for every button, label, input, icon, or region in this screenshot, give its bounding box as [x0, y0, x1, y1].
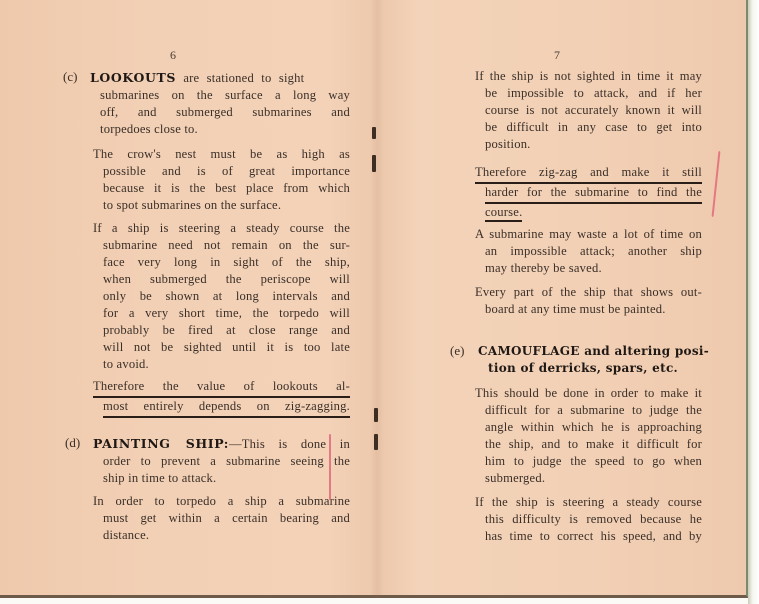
paragraph-waste-time: A submarine may waste a lot of time on a…: [475, 226, 702, 277]
section-e-camouflage: CAMOUFLAGE and altering posi- tion of de…: [478, 343, 702, 377]
paragraph-should-be-done: This should be done in order to make it …: [475, 385, 702, 487]
heading-camouflage: CAMOUFLAGE and altering posi-: [478, 343, 702, 360]
center-gutter: [370, 0, 384, 598]
paragraph-steady-course: If a ship is steering a steady course th…: [93, 220, 350, 373]
open-booklet: 6 (c) LOOKOUTS are stationed to sight su…: [0, 0, 748, 598]
heading-lookouts: LOOKOUTS: [90, 70, 176, 85]
section-label-c: (c): [63, 69, 77, 85]
cover-edge: [748, 0, 759, 604]
page-number: 7: [554, 48, 560, 63]
paragraph-not-sighted: If the ship is not sighted in time it ma…: [475, 68, 702, 153]
red-pencil-margin-mark: [712, 151, 721, 217]
section-d-painting-ship: PAINTING SHIP:—This is done in order to …: [93, 435, 350, 487]
red-pencil-margin-mark: [329, 434, 331, 500]
staple-top-lower: [372, 155, 376, 172]
section-label-d: (d): [65, 435, 80, 451]
page-number: 6: [170, 48, 176, 63]
staple-bottom-upper: [374, 408, 378, 422]
paragraph-zigzag-underlined: Therefore zig-zag and make it still hard…: [475, 164, 702, 221]
section-label-e: (e): [450, 343, 464, 359]
paragraph-steady-course-right: If the ship is steering a steady course …: [475, 494, 702, 545]
paragraph-every-part: Every part of the ship that shows out- b…: [475, 284, 702, 318]
heading-painting-ship: PAINTING SHIP:: [93, 436, 229, 451]
section-c-lookouts: LOOKOUTS are stationed to sight submarin…: [90, 69, 350, 138]
staple-bottom-lower: [374, 434, 378, 450]
paragraph-crows-nest: The crow's nest must be as high as possi…: [93, 146, 350, 214]
paragraph-lookouts-zigzag-underlined: Therefore the value of lookouts al- most…: [93, 378, 350, 418]
paragraph-torpedo-bearing: In order to torpedo a ship a submarine m…: [93, 493, 350, 544]
staple-top-upper: [372, 127, 376, 139]
